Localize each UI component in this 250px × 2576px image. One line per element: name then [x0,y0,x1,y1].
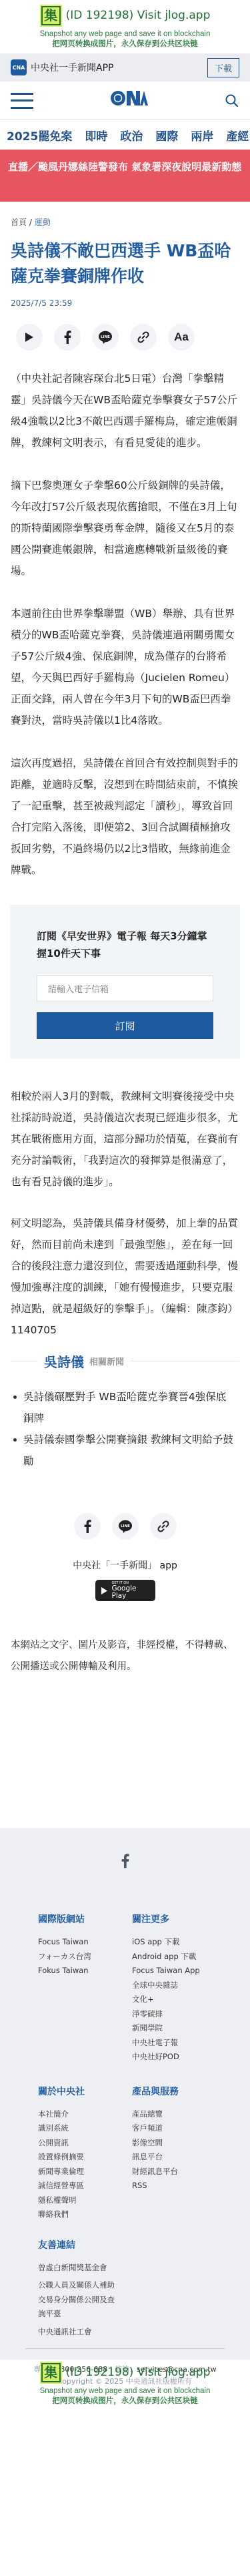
related-news-link[interactable]: 吳詩儀泰國拳擊公開賽摘銀 教練柯文明給予鼓勵 [23,1434,233,1467]
search-icon[interactable] [225,93,239,108]
jlog-subtitle: Snapshot any web page and save it on blo… [0,29,250,39]
nav-item-realtime[interactable]: 即時 [85,127,107,144]
footer-link[interactable]: 訊息平台 [132,2150,226,2165]
article-paragraph: 這次再度過招，吳詩儀在首回合有效控制與對手的距離，並適時反擊，沒想到在時間結束前… [11,753,239,881]
footer-link[interactable]: 設置條例摘要 [38,2150,132,2165]
section-nav: 2025罷免案 即時 政治 國際 兩岸 產經 [0,120,250,150]
nav-item-politics[interactable]: 政治 [120,127,143,144]
footer-link[interactable]: 識別系統 [38,2121,132,2136]
related-news-item: 吳詩儀碾壓對手 WB盃哈薩克拳賽晉4強保底銅牌 [13,1386,234,1429]
footer-col-international: 國際版網站 Focus Taiwan フォーカス台湾 Fokus Taiwan [38,1912,132,2065]
site-header [0,81,250,120]
footer-col-title: 關於中央社 [38,2085,132,2098]
footer-link[interactable]: 淨零碳排 [132,2007,226,2022]
share-toolbar: LINE Aa [0,308,250,351]
article-paragraph: 柯文明認為，吳詩儀具備身材優勢，加上拳的品質好，然而目前尚未達到「最強型態」，差… [11,1213,239,1341]
svg-text:LINE: LINE [101,335,110,339]
google-play-icon [101,1586,108,1595]
cna-app-icon: CNA [11,59,27,75]
footer-link[interactable]: 新聞學院 [132,2021,226,2036]
footer-link[interactable]: 全球中央雜誌 [132,1978,226,1993]
nav-item-cross-strait[interactable]: 兩岸 [191,127,213,144]
footer-row-1: 國際版網站 Focus Taiwan フォーカス台湾 Fokus Taiwan … [0,1912,250,2065]
footer-link[interactable]: 中央社電子報 [132,2036,226,2051]
footer-link[interactable]: 誠信經營專區 [38,2179,132,2193]
font-size-button[interactable]: Aa [168,324,195,351]
related-news-link[interactable]: 吳詩儀碾壓對手 WB盃哈薩克拳賽晉4強保底銅牌 [23,1391,226,1424]
site-footer: 國際版網站 Focus Taiwan フォーカス台湾 Fokus Taiwan … [0,1828,250,2360]
newsletter-title: 訂閱《早安世界》電子報 每天3分鐘掌握10件天下事 [37,927,213,962]
related-keyword[interactable]: 吳詩儀 [44,1351,84,1371]
footer-col-products: 產品與服務 產品總覽 客戶頻道 影像空間 訊息平台 財經訊息平台 RSS [132,2085,226,2222]
footer-col-follow: 關注更多 iOS app 下載 Android app 下載 Focus Tai… [132,1912,226,2065]
jlog-subtitle: Snapshot any web page and save it on blo… [0,2386,250,2396]
facebook-share-button[interactable] [74,1513,101,1540]
footer-link[interactable]: 中央社好POD [132,2050,226,2065]
nav-item-finance[interactable]: 產經 [226,127,249,144]
footer-link[interactable]: 曾虛白新聞獎基金會 [38,2261,115,2276]
footer-col-title: 國際版網站 [38,1912,132,1926]
related-news-header: 吳詩儀 相關新聞 [0,1346,250,1375]
footer-link[interactable]: 財經訊息平台 [132,2165,226,2179]
related-news-list: 吳詩儀碾壓對手 WB盃哈薩克拳賽晉4強保底銅牌 吳詩儀泰國拳擊公開賽摘銀 教練柯… [0,1375,250,1472]
play-icon [25,332,34,343]
footer-link[interactable]: 產品總覽 [132,2107,226,2122]
article-paragraph: 相較於兩人3月的對戰，教練柯文明賽後接受中央社採訪時說道，吳詩儀這次表現已經進步… [11,1086,239,1193]
article-date: 2025/7/5 23:59 [0,289,250,308]
jlog-subtitle-cn: 把网页转换成图片，永久保存到公共区块链 [0,39,250,48]
footer-link[interactable]: 中央通訊社工會 [38,2325,115,2340]
line-share-button[interactable]: LINE [92,324,119,351]
nav-item-international[interactable]: 國際 [155,127,178,144]
article-paragraph: （中央社記者陳容琛台北5日電）台灣「拳擊精靈」吳詩儀今天在WB盃哈薩克拳擊賽女子… [11,368,239,453]
link-icon [137,331,149,343]
footer-link[interactable]: 客戶頻道 [132,2121,226,2136]
footer-row-2: 關於中央社 本社簡介 識別系統 公開資訊 設置條例摘要 新聞專業倫理 誠信經營專… [0,2085,250,2222]
footer-link[interactable]: Focus Taiwan [38,1935,132,1950]
footer-link[interactable]: 影像空間 [132,2136,226,2151]
app-bar-label: 中央社一手新聞APP [31,61,207,74]
related-news-item: 吳詩儀泰國拳擊公開賽摘銀 教練柯文明給予鼓勵 [13,1429,234,1472]
facebook-icon [121,1854,129,1868]
breadcrumb-section[interactable]: 運動 [35,218,51,227]
font-size-icon: Aa [174,331,189,344]
footer-col-title: 產品與服務 [132,2085,226,2098]
jlog-id-text[interactable]: (ID 192198) Visit jlog.app [66,9,211,22]
copy-link-button[interactable] [130,324,157,351]
article-paragraph: 本週前往由世界拳擊聯盟（WB）舉辦、具有世界積分的WB盃哈薩克拳賽，吳詩儀連過兩… [11,603,239,731]
footer-link[interactable]: 本社簡介 [38,2107,132,2122]
footer-link[interactable]: Fokus Taiwan [38,1964,132,1978]
article-body-continued: 相較於兩人3月的對戰，教練柯文明賽後接受中央社採訪時說道，吳詩儀這次表現已經進步… [0,1059,250,1341]
google-play-button[interactable]: GET IT ON Google Play [95,1580,155,1601]
copy-link-button[interactable] [150,1513,177,1540]
footer-link[interactable]: 新聞專業倫理 [38,2165,132,2179]
footer-divider [25,2348,225,2349]
breaking-news-banner[interactable]: 直播／颱風丹娜絲陸警發布 氣象署深夜說明最新動態 [0,150,250,202]
newsletter-subscribe-button[interactable]: 訂閱 [37,1012,213,1039]
link-icon [157,1520,169,1532]
breadcrumb-separator: / [27,218,35,227]
divider [11,1361,37,1361]
jlog-badge-icon: 集 [40,2362,62,2384]
line-icon: LINE [118,1520,133,1533]
article-title: 吳詩儀不敵巴西選手 WB盃哈薩克拳賽銅牌作收 [0,228,250,289]
facebook-icon [83,1520,91,1533]
app-download-bar: CNA 中央社一手新聞APP 下載 [0,53,250,81]
jlog-id-text[interactable]: (ID 192198) Visit jlog.app [66,2366,211,2379]
article-paragraph: 摘下巴黎奧運女子拳擊60公斤級銅牌的吳詩儀，今年改打57公斤級表現依舊搶眼，不僅… [11,475,239,582]
related-label: 相關新聞 [89,1355,124,1367]
google-play-big-text: Google Play [111,1585,149,1599]
facebook-icon [63,331,71,344]
footer-col-title: 關注更多 [132,1912,226,1926]
menu-icon[interactable] [11,93,33,109]
footer-link[interactable]: 隱私權聲明 [38,2193,132,2208]
article-body: （中央社記者陳容琛台北5日電）台灣「拳擊精靈」吳詩儀今天在WB盃哈薩克拳擊賽女子… [0,351,250,881]
footer-col-title: 友善連結 [38,2238,153,2251]
line-share-button[interactable]: LINE [112,1513,139,1540]
cna-logo[interactable] [111,89,148,112]
facebook-share-button[interactable] [54,324,81,351]
footer-link[interactable]: 文化+ [132,1992,226,2007]
footer-link[interactable]: iOS app 下載 [132,1935,226,1950]
footer-link[interactable]: RSS [132,2179,226,2193]
newsletter-subscribe-box: 訂閱《早安世界》電子報 每天3分鐘掌握10件天下事 訂閱 [10,905,240,1059]
jlog-banner-top: 集 (ID 192198) Visit jlog.app Snapshot an… [0,0,250,53]
app-promo: 中央社「一手新聞」 app GET IT ON Google Play [0,1540,250,1601]
footer-col-about: 關於中央社 本社簡介 識別系統 公開資訊 設置條例摘要 新聞專業倫理 誠信經營專… [38,2085,132,2222]
divider [131,1361,239,1361]
footer-facebook-link[interactable] [0,1854,250,1887]
newsletter-email-input[interactable] [37,976,213,1002]
footer-link[interactable]: Focus Taiwan App [132,1964,226,1978]
breadcrumb-home[interactable]: 首頁 [11,218,27,227]
jlog-badge-icon: 集 [40,5,62,27]
jlog-subtitle-cn: 把网页转换成图片，永久保存到公共区块链 [0,2396,250,2405]
nav-item-recall[interactable]: 2025罷免案 [7,127,72,144]
footer-link[interactable]: フォーカス台湾 [38,1950,132,1964]
play-audio-button[interactable] [16,324,43,351]
footer-friendly-links: 友善連結 曾虛白新聞獎基金會 公職人員及關係人補助交易身分關係公開及查詢平臺 中… [0,2222,153,2340]
footer-link[interactable]: 聯絡我們 [38,2207,132,2222]
line-icon: LINE [98,331,113,344]
breadcrumb: 首頁 / 運動 [0,202,250,228]
footer-link[interactable]: Android app 下載 [132,1950,226,1964]
copyright-notice: 本網站之文字、圖片及影音，非經授權，不得轉載、公開播送或公開傳輸及利用。 [0,1601,250,1828]
bottom-share-toolbar: LINE [0,1472,250,1540]
app-download-button[interactable]: 下載 [207,58,239,77]
footer-link[interactable]: 公開資訊 [38,2136,132,2151]
app-promo-text: 中央社「一手新聞」 app [0,1558,250,1572]
footer-link[interactable]: 公職人員及關係人補助交易身分關係公開及查詢平臺 [38,2278,115,2322]
svg-text:LINE: LINE [121,1524,130,1528]
